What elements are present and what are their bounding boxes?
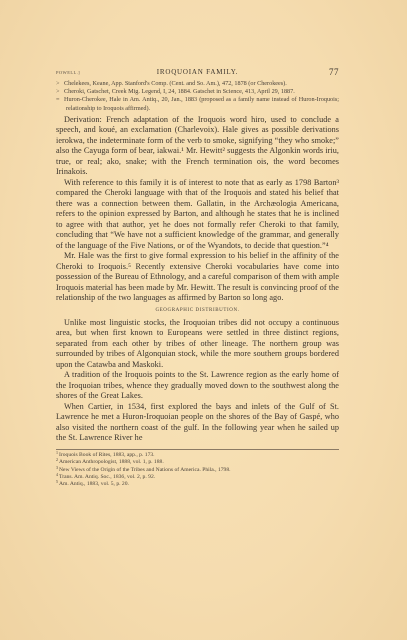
section-heading: GEOGRAPHIC DISTRIBUTION. [56,308,339,313]
synonymy-list: >Chelekees, Keane, App. Stanford's Comp.… [56,80,339,113]
running-head: POWELL.] IROQUOIAN FAMILY. 77 [56,68,339,80]
running-head-title: IROQUOIAN FAMILY. [56,68,339,76]
footnote: 3New Views of the Origin of the Tribes a… [56,467,339,474]
synonymy-mark: > [56,88,64,96]
paragraph-barton: With reference to this family it is of i… [56,178,339,252]
footnote: 5Am. Antiq., 1883, vol. 5, p. 20. [56,481,339,488]
book-page: POWELL.] IROQUOIAN FAMILY. 77 >Chelekees… [56,68,339,489]
page-number: 77 [329,67,339,77]
synonymy-mark: > [56,80,64,88]
paragraph-hale: Mr. Hale was the first to give formal ex… [56,251,339,304]
synonymy-entry: >Chelekees, Keane, App. Stanford's Comp.… [56,80,339,88]
footnote: 2American Anthropologist, 1888, vol. 1, … [56,459,339,466]
paragraph-tradition: A tradition of the Iroquois points to th… [56,370,339,402]
synonymy-mark: = [56,96,64,104]
paragraph-derivation: Derivation: French adaptation of the Iro… [56,115,339,178]
synonymy-entry: =Huron-Cherokee, Hale in Am. Antiq., 20,… [56,96,339,112]
synonymy-entry: >Cheroki, Gatschet, Creek Mig. Legend, I… [56,88,339,96]
footnotes: 1Iroquois Book of Rites, 1883, app., p. … [56,452,339,489]
footnote-divider [56,449,339,450]
paragraph-distribution: Unlike most linguistic stocks, the Iroqu… [56,318,339,371]
paragraph-cartier: When Cartier, in 1534, first explored th… [56,402,339,444]
